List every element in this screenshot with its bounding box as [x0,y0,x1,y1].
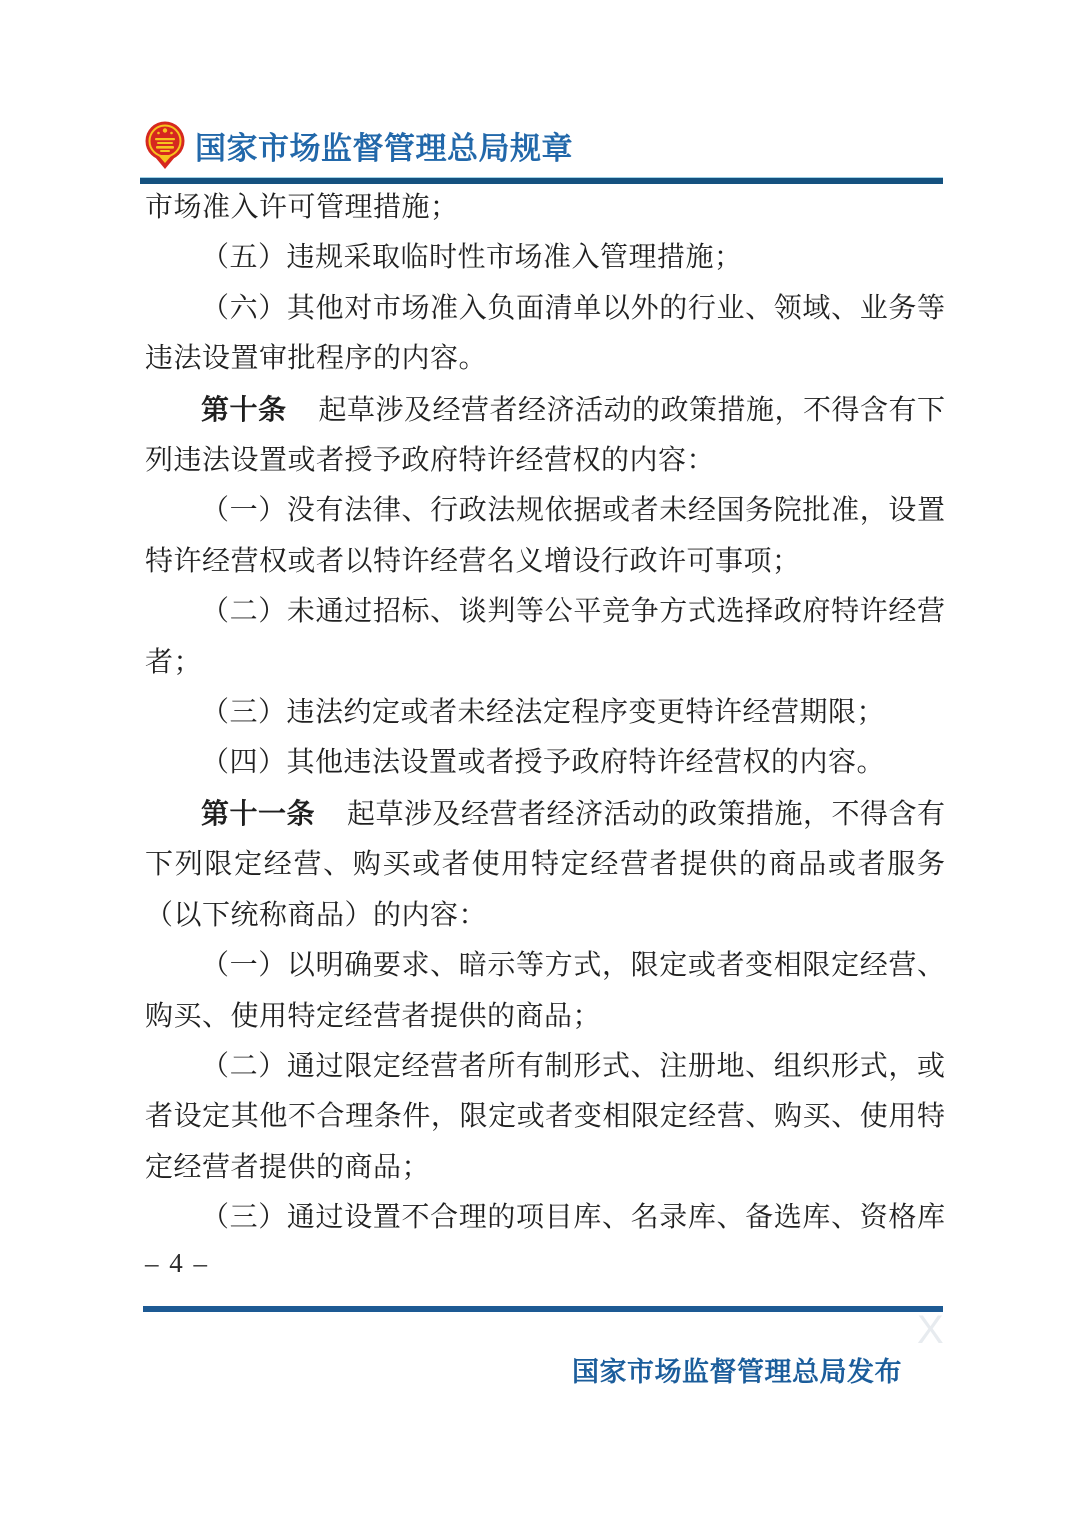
body-line: （六）其他对市场准入负面清单以外的行业、领域、业务等 [145,284,945,334]
body-line: 列违法设置或者授予政府特许经营权的内容： [145,436,945,486]
body-line: 者； [145,638,945,688]
article-text: 起草涉及经营者经济活动的政策措施，不得含有下 [319,395,945,426]
article-number: 第十一条 [201,798,315,829]
body-line-article-10: 第十条起草涉及经营者经济活动的政策措施，不得含有下 [145,385,945,436]
body-line-article-11: 第十一条起草涉及经营者经济活动的政策措施，不得含有 [145,789,945,840]
document-header: 国家市场监督管理总局规章 [144,120,573,170]
body-line: （二）未通过招标、谈判等公平竞争方式选择政府特许经营 [145,587,945,637]
body-line: 下列限定经营、购买或者使用特定经营者提供的商品或者服务 [145,840,945,890]
body-line: （四）其他违法设置或者授予政府特许经营权的内容。 [145,738,945,788]
body-line: （二）通过限定经营者所有制形式、注册地、组织形式，或 [145,1042,945,1092]
body-line: 特许经营权或者以特许经营名义增设行政许可事项； [145,537,945,587]
body-line: 市场准入许可管理措施； [145,183,945,233]
body-line: （五）违规采取临时性市场准入管理措施； [145,233,945,283]
body-line: （三）通过设置不合理的项目库、名录库、备选库、资格库 [145,1193,945,1243]
footer-rule [143,1306,943,1312]
body-line: （三）违法约定或者未经法定程序变更特许经营期限； [145,688,945,738]
article-text: 起草涉及经营者经济活动的政策措施，不得含有 [347,799,945,830]
body-line: 违法设置审批程序的内容。 [145,334,945,384]
national-emblem-icon [144,121,186,169]
page-number: – 4 – [145,1248,209,1279]
body-line: （以下统称商品）的内容： [145,891,945,941]
watermark-x: X [917,1308,944,1353]
article-number: 第十条 [201,394,287,425]
body-line: 购买、使用特定经营者提供的商品； [145,992,945,1042]
body-line: 定经营者提供的商品； [145,1143,945,1193]
body-line: 者设定其他不合理条件，限定或者变相限定经营、购买、使用特 [145,1092,945,1142]
document-body: 市场准入许可管理措施； （五）违规采取临时性市场准入管理措施； （六）其他对市场… [145,183,945,1244]
body-line: （一）没有法律、行政法规依据或者未经国务院批准，设置 [145,486,945,536]
header-title: 国家市场监督管理总局规章 [195,123,573,168]
body-line: （一）以明确要求、暗示等方式，限定或者变相限定经营、 [145,941,945,991]
footer-publisher: 国家市场监督管理总局发布 [572,1350,902,1389]
document-page: 国家市场监督管理总局规章 市场准入许可管理措施； （五）违规采取临时性市场准入管… [0,0,1074,1520]
